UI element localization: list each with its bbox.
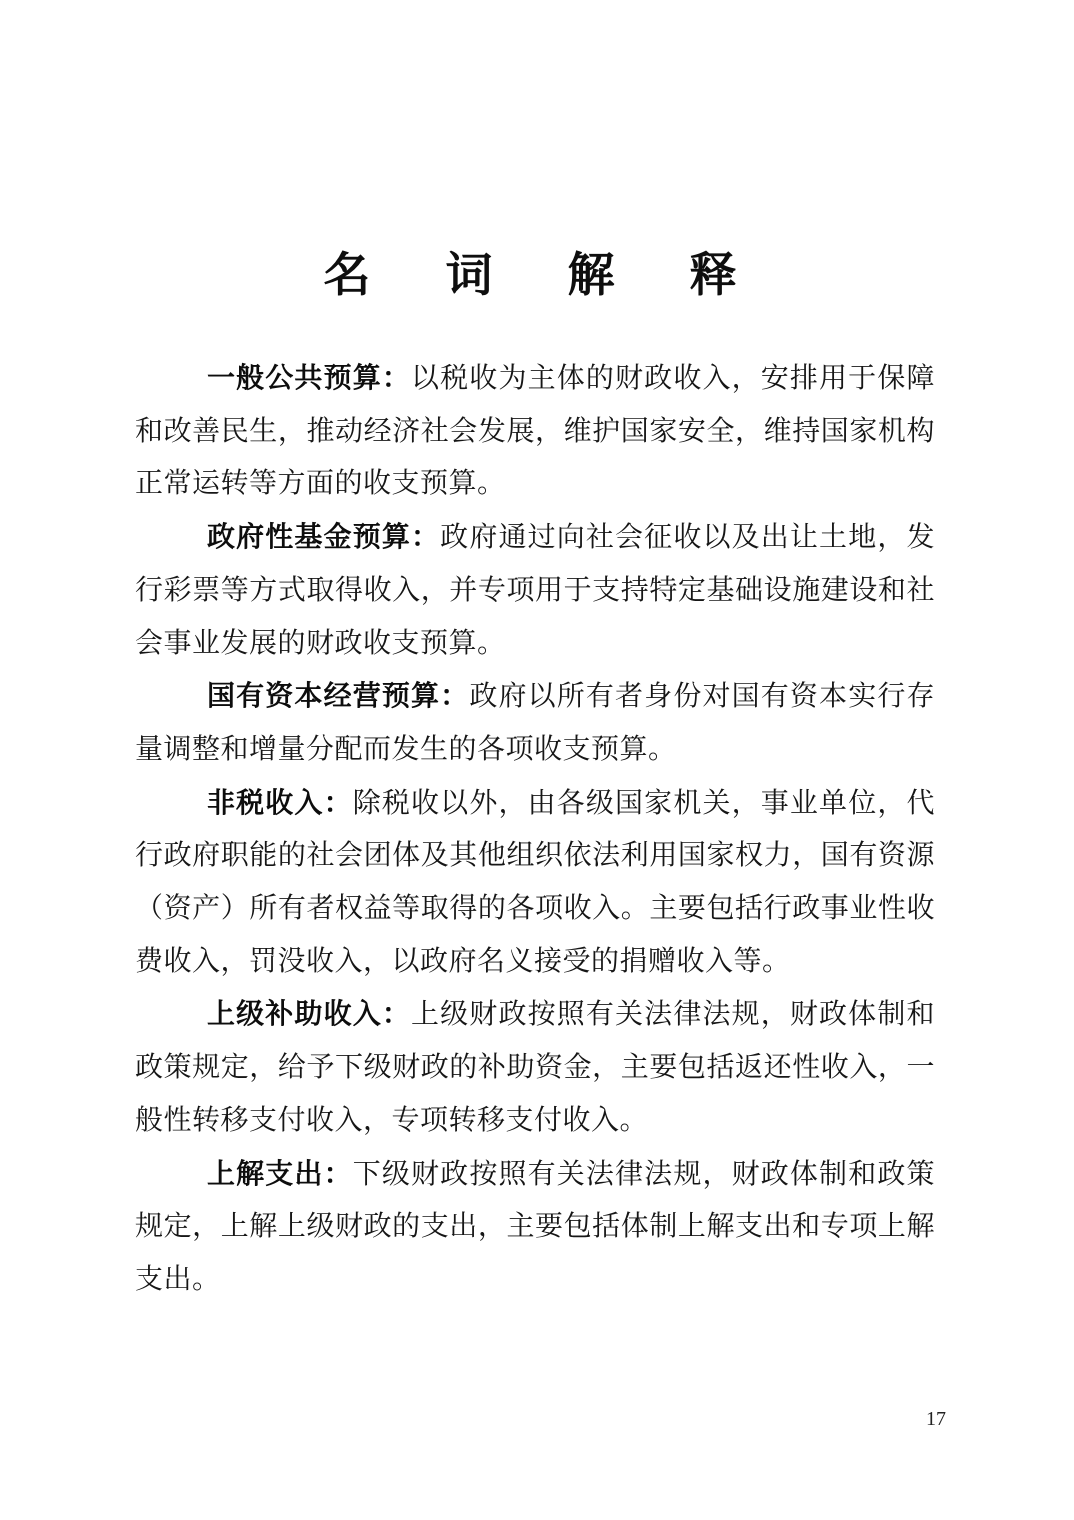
page-number: 17 [926, 1408, 946, 1431]
definition-paragraph-nontax-revenue: 非税收入：除税收以外，由各级国家机关，事业单位，代行政府职能的社会团体及其他组织… [135, 777, 935, 989]
term-label: 国有资本经营预算： [207, 680, 469, 711]
definition-paragraph-superior-subsidy-income: 上级补助收入：上级财政按照有关法律法规，财政体制和政策规定，给予下级财政的补助资… [135, 988, 935, 1147]
definition-paragraph-remitted-expenditure: 上解支出：下级财政按照有关法律法规，财政体制和政策规定，上解上级财政的支出，主要… [135, 1148, 935, 1307]
term-label: 政府性基金预算： [207, 521, 440, 552]
term-label: 上级补助收入： [207, 998, 411, 1029]
page-title: 名 词 解 释 [0, 238, 1074, 305]
definition-paragraph-government-fund-budget: 政府性基金预算：政府通过向社会征收以及出让土地，发行彩票等方式取得收入，并专项用… [135, 511, 935, 670]
term-label: 非税收入： [207, 787, 353, 818]
document-body: 一般公共预算：以税收为主体的财政收入，安排用于保障和改善民生，推动经济社会发展，… [135, 352, 935, 1307]
definition-paragraph-state-capital-budget: 国有资本经营预算：政府以所有者身份对国有资本实行存量调整和增量分配而发生的各项收… [135, 670, 935, 776]
definition-paragraph-general-public-budget: 一般公共预算：以税收为主体的财政收入，安排用于保障和改善民生，推动经济社会发展，… [135, 352, 935, 511]
term-label: 上解支出： [207, 1158, 353, 1189]
term-label: 一般公共预算： [207, 362, 411, 393]
document-page: 名 词 解 释 一般公共预算：以税收为主体的财政收入，安排用于保障和改善民生，推… [0, 0, 1074, 1520]
